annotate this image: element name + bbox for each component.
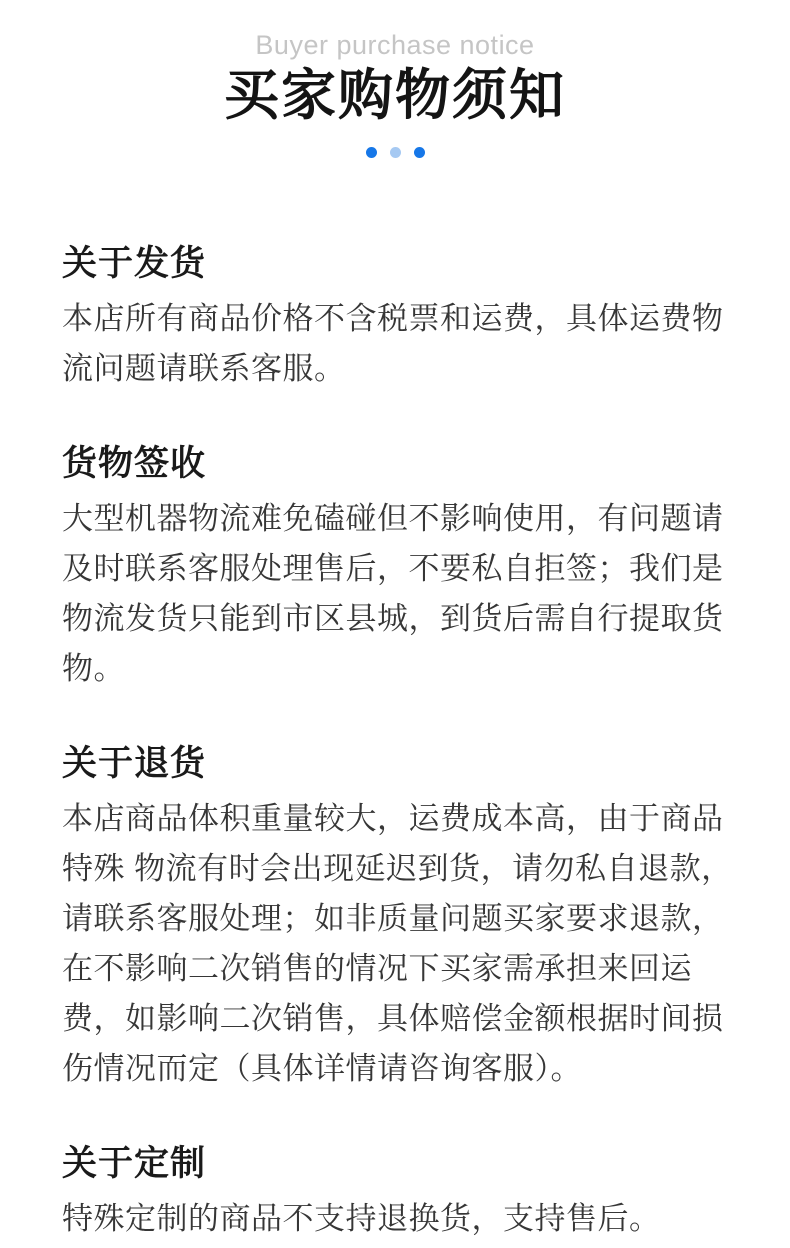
section-goods-receipt: 货物签收 大型机器物流难免磕碰但不影响使用，有问题请及时联系客服处理售后，不要私… [62, 442, 746, 694]
section-returns: 关于退货 本店商品体积重量较大，运费成本高，由于商品特殊 物流有时会出现延迟到货… [62, 742, 746, 1094]
notice-content: 关于发货 本店所有商品价格不含税票和运费，具体运费物流问题请联系客服。 货物签收… [0, 242, 790, 1244]
section-customization: 关于定制 特殊定制的商品不支持退换货，支持售后。 [62, 1142, 746, 1244]
purchase-notice-page: Buyer purchase notice 买家购物须知 关于发货 本店所有商品… [0, 0, 790, 1248]
section-body: 本店所有商品价格不含税票和运费，具体运费物流问题请联系客服。 [62, 294, 746, 394]
page-header: Buyer purchase notice 买家购物须知 [0, 0, 790, 158]
page-title: 买家购物须知 [0, 63, 790, 127]
section-shipping: 关于发货 本店所有商品价格不含税票和运费，具体运费物流问题请联系客服。 [62, 242, 746, 394]
dot-icon [414, 147, 425, 158]
dot-icon [390, 147, 401, 158]
section-heading: 关于发货 [62, 242, 746, 286]
title-divider-dots [0, 147, 790, 158]
section-body: 特殊定制的商品不支持退换货，支持售后。 [62, 1194, 746, 1244]
section-body: 大型机器物流难免磕碰但不影响使用，有问题请及时联系客服处理售后，不要私自拒签；我… [62, 494, 746, 694]
dot-icon [366, 147, 377, 158]
subtitle-english: Buyer purchase notice [0, 28, 790, 62]
section-heading: 货物签收 [62, 442, 746, 486]
section-heading: 关于定制 [62, 1142, 746, 1186]
section-body: 本店商品体积重量较大，运费成本高，由于商品特殊 物流有时会出现延迟到货，请勿私自… [62, 794, 746, 1094]
section-heading: 关于退货 [62, 742, 746, 786]
